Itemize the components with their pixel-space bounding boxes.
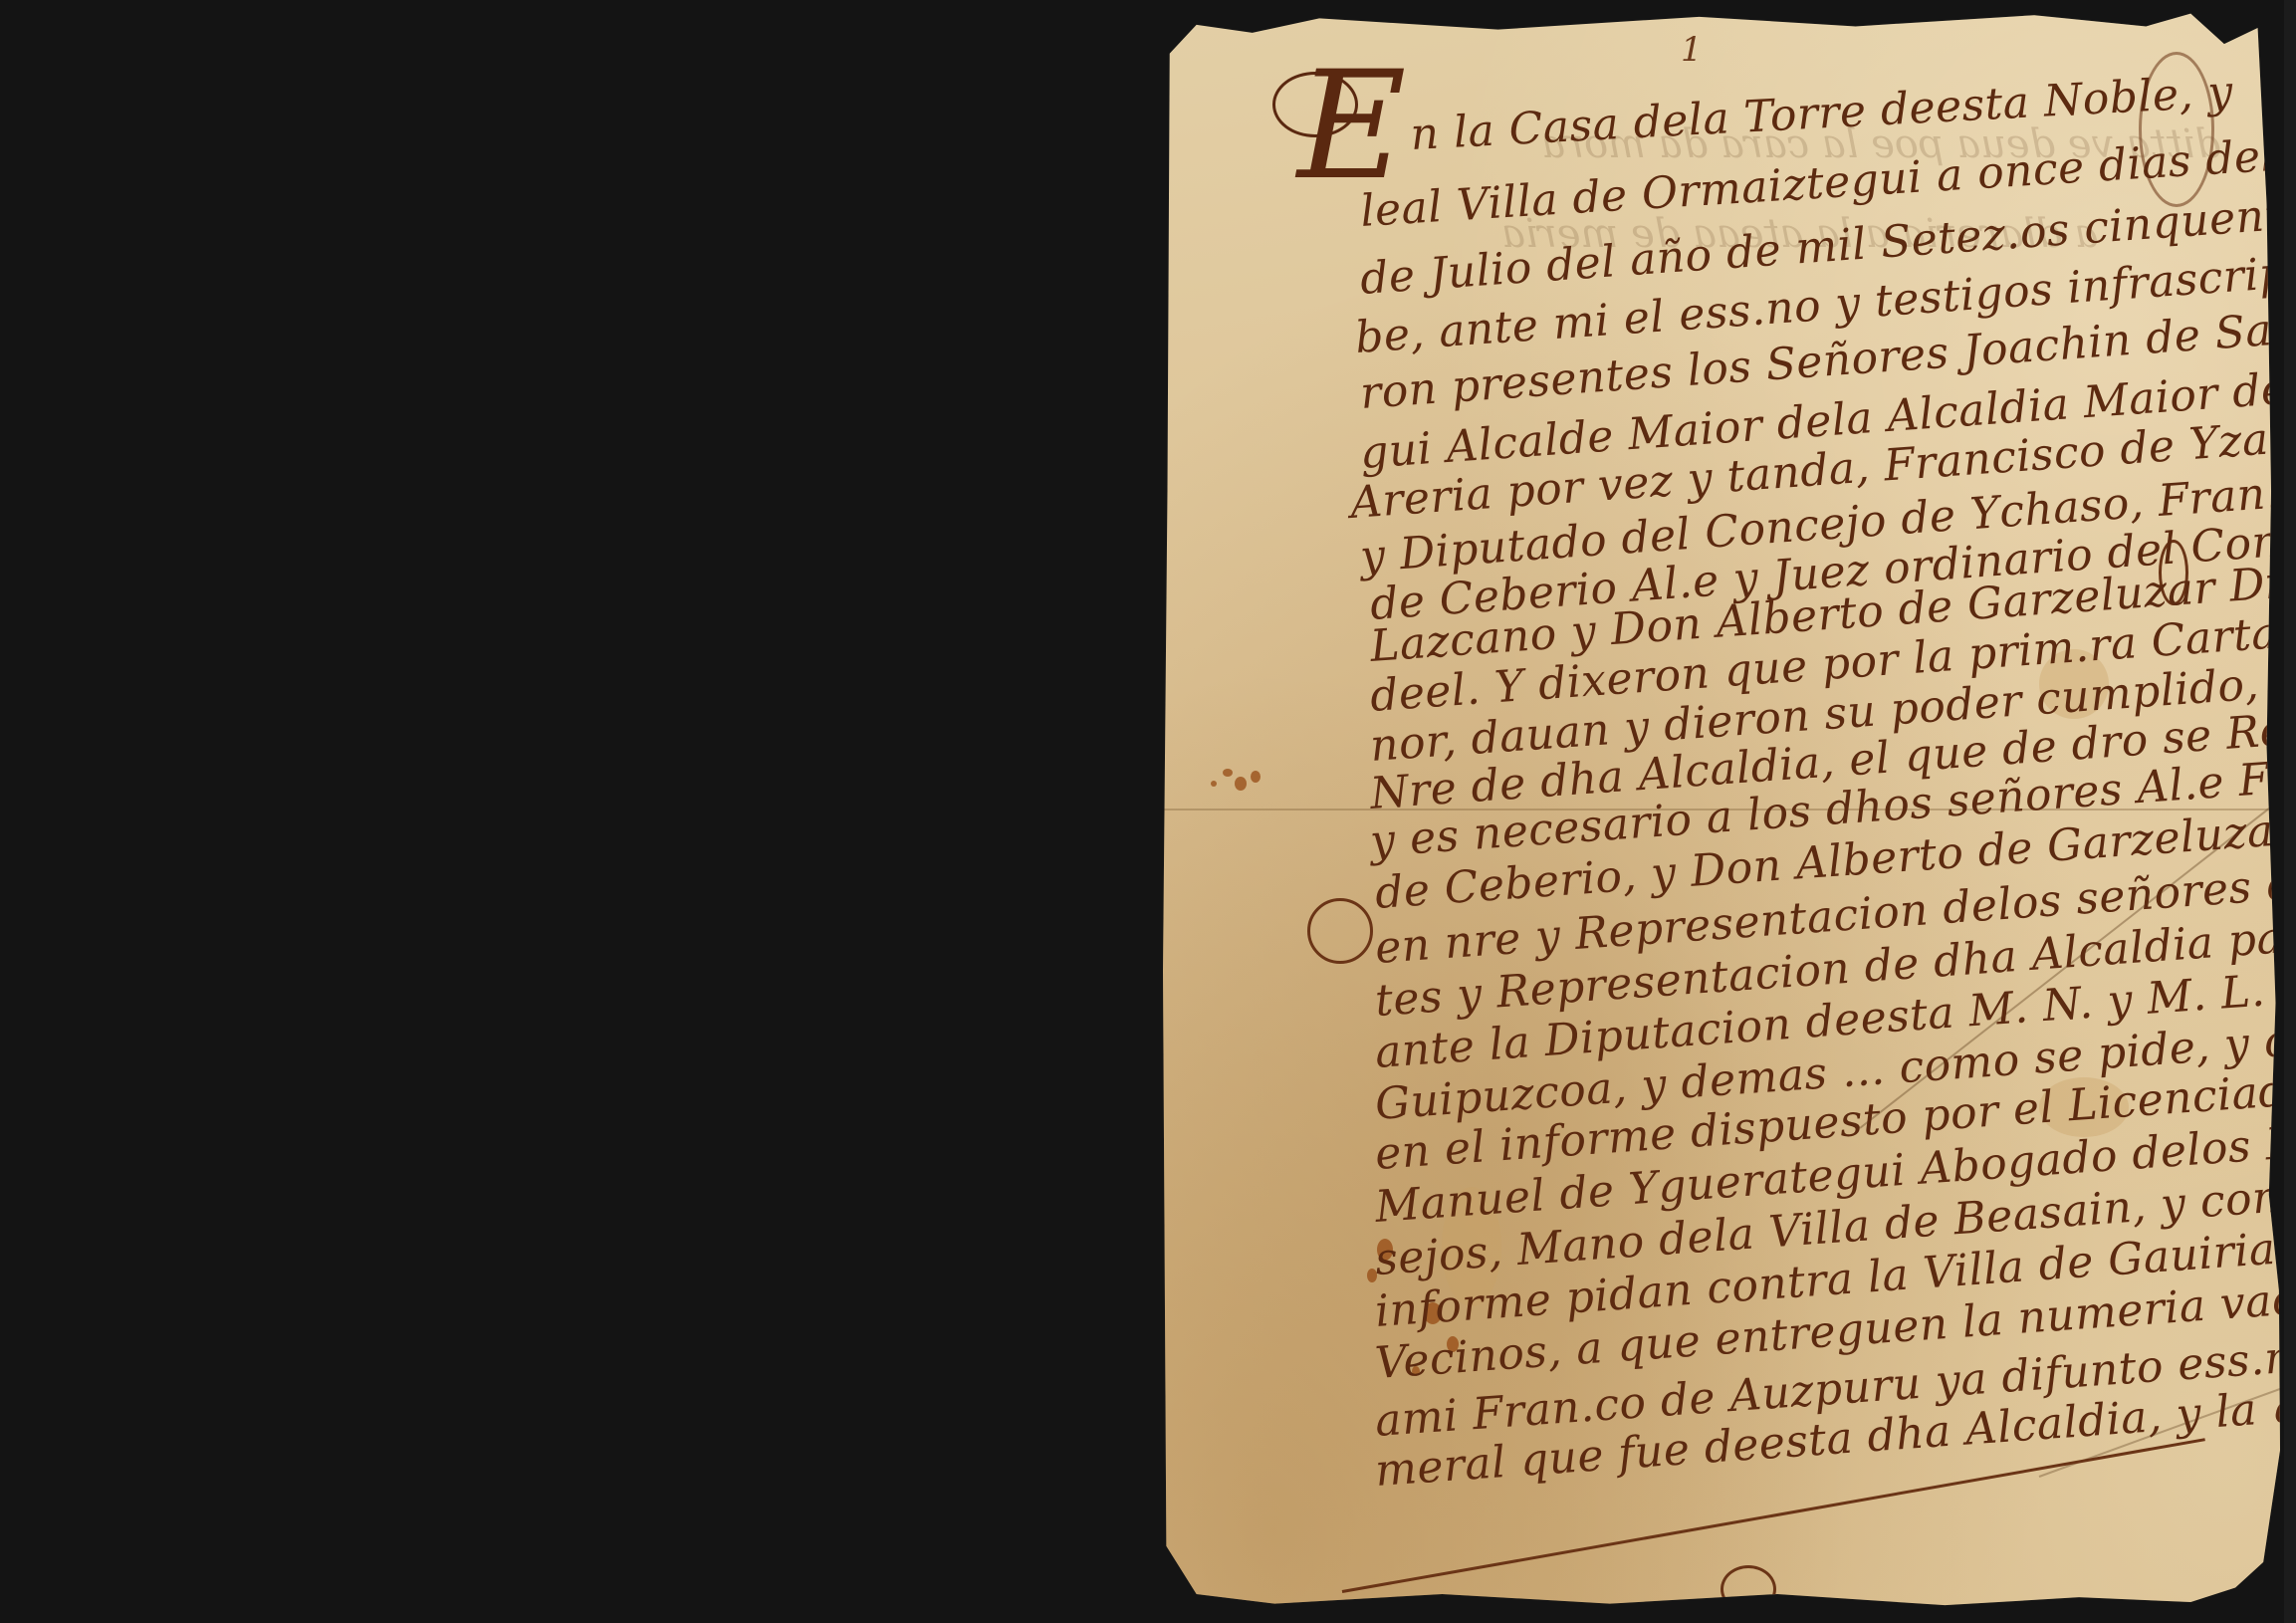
ink-stain [1223,769,1233,777]
folio-mark: 1 [1681,30,1703,70]
ink-stain [1235,777,1247,791]
drop-cap: E [1297,52,1407,201]
manuscript-page: ditta ve deua poe la cara da mora a dlar… [1163,12,2280,1610]
viewer-edge-strip [2284,0,2296,1623]
ink-stain [1251,771,1261,783]
ink-stain [1211,781,1217,787]
margin-flourish [1307,898,1373,964]
